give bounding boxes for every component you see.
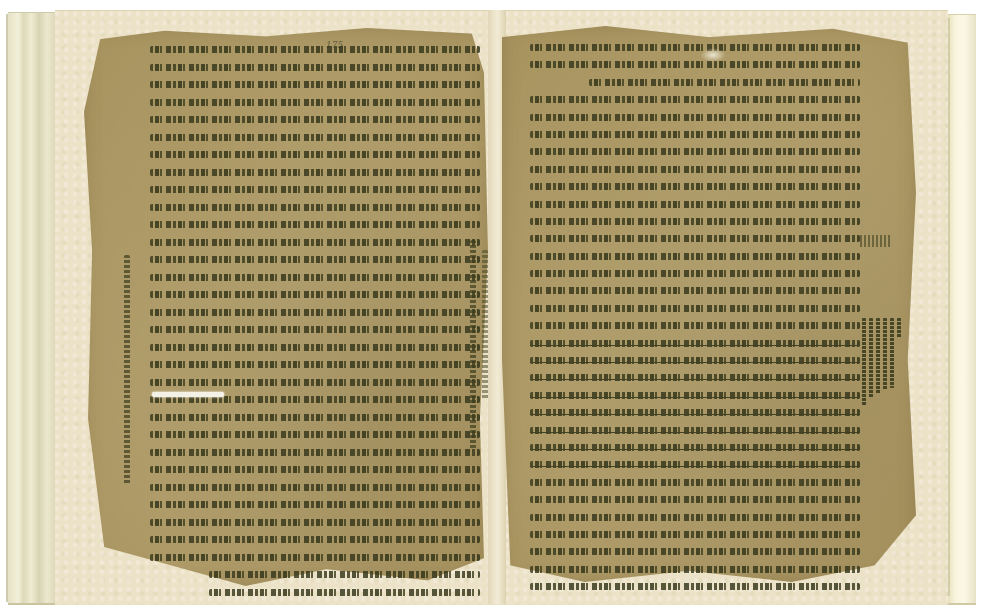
text-line: [530, 531, 860, 538]
text-line: [589, 79, 860, 86]
text-line: [150, 309, 480, 316]
text-line: [530, 305, 860, 312]
tear-damage: [152, 392, 224, 397]
struck-text-line: [530, 374, 860, 381]
right-page-text: [530, 44, 860, 590]
text-line: [150, 99, 480, 106]
text-line: [150, 501, 480, 508]
text-line: [530, 218, 860, 225]
text-line: [150, 554, 480, 561]
struck-text-line: [530, 340, 860, 347]
text-line: [150, 431, 480, 438]
struck-text-line: [530, 409, 860, 416]
text-line: [150, 414, 480, 421]
text-line: [150, 396, 480, 403]
gloss-line: [876, 318, 880, 394]
text-line: [150, 449, 480, 456]
text-line: [530, 235, 860, 242]
right-board-page-stack: [946, 14, 976, 605]
text-line: [530, 201, 860, 208]
right-margin-gloss: [862, 318, 901, 406]
text-line: [530, 496, 860, 503]
text-line: [150, 46, 480, 53]
right-board-edge: [948, 18, 950, 596]
text-line: [530, 148, 860, 155]
text-line: [530, 514, 860, 521]
text-line: [150, 484, 480, 491]
text-line: [150, 64, 480, 71]
gloss-line: [883, 318, 887, 390]
text-line: [209, 589, 480, 596]
text-line: [209, 571, 480, 578]
text-line: [530, 61, 860, 68]
struck-text-line: [530, 392, 860, 399]
text-line: [150, 221, 480, 228]
text-line: [150, 239, 480, 246]
struck-text-line: [530, 357, 860, 364]
light-stain: [700, 48, 726, 62]
text-line: [150, 186, 480, 193]
text-line: [150, 169, 480, 176]
text-line: [530, 166, 860, 173]
gloss-line: [869, 318, 873, 398]
text-line: [150, 151, 480, 158]
text-line: [150, 134, 480, 141]
left-board-page-stack: [8, 12, 60, 605]
gloss-line: [890, 318, 894, 388]
text-line: [150, 379, 480, 386]
text-line: [150, 116, 480, 123]
gloss-line: [897, 318, 901, 338]
text-line: [150, 204, 480, 211]
open-album: 175: [0, 0, 984, 615]
text-line: [150, 256, 480, 263]
text-line: [530, 548, 860, 555]
inner-vertical-marginalia: [470, 240, 476, 450]
left-vertical-marginalia: [124, 255, 130, 485]
text-line: [150, 291, 480, 298]
text-line: [530, 583, 860, 590]
text-line: [150, 344, 480, 351]
text-line: [150, 361, 480, 368]
text-line: [530, 114, 860, 121]
text-line: [530, 479, 860, 486]
right-margin-note: [860, 235, 890, 247]
left-page-text: [150, 46, 480, 596]
text-line: [530, 253, 860, 260]
gloss-line: [862, 318, 866, 406]
text-line: [530, 131, 860, 138]
text-line: [150, 519, 480, 526]
inner-vertical-marginalia-2: [482, 250, 488, 400]
text-line: [150, 274, 480, 281]
text-line: [530, 183, 860, 190]
struck-text-line: [530, 427, 860, 434]
text-line: [530, 287, 860, 294]
text-line: [530, 270, 860, 277]
text-line: [530, 96, 860, 103]
text-line: [530, 44, 860, 51]
text-line: [530, 322, 860, 329]
struck-text-line: [530, 461, 860, 468]
struck-text-line: [530, 444, 860, 451]
text-line: [530, 566, 860, 573]
text-line: [150, 466, 480, 473]
text-line: [150, 81, 480, 88]
text-line: [150, 326, 480, 333]
text-line: [150, 536, 480, 543]
